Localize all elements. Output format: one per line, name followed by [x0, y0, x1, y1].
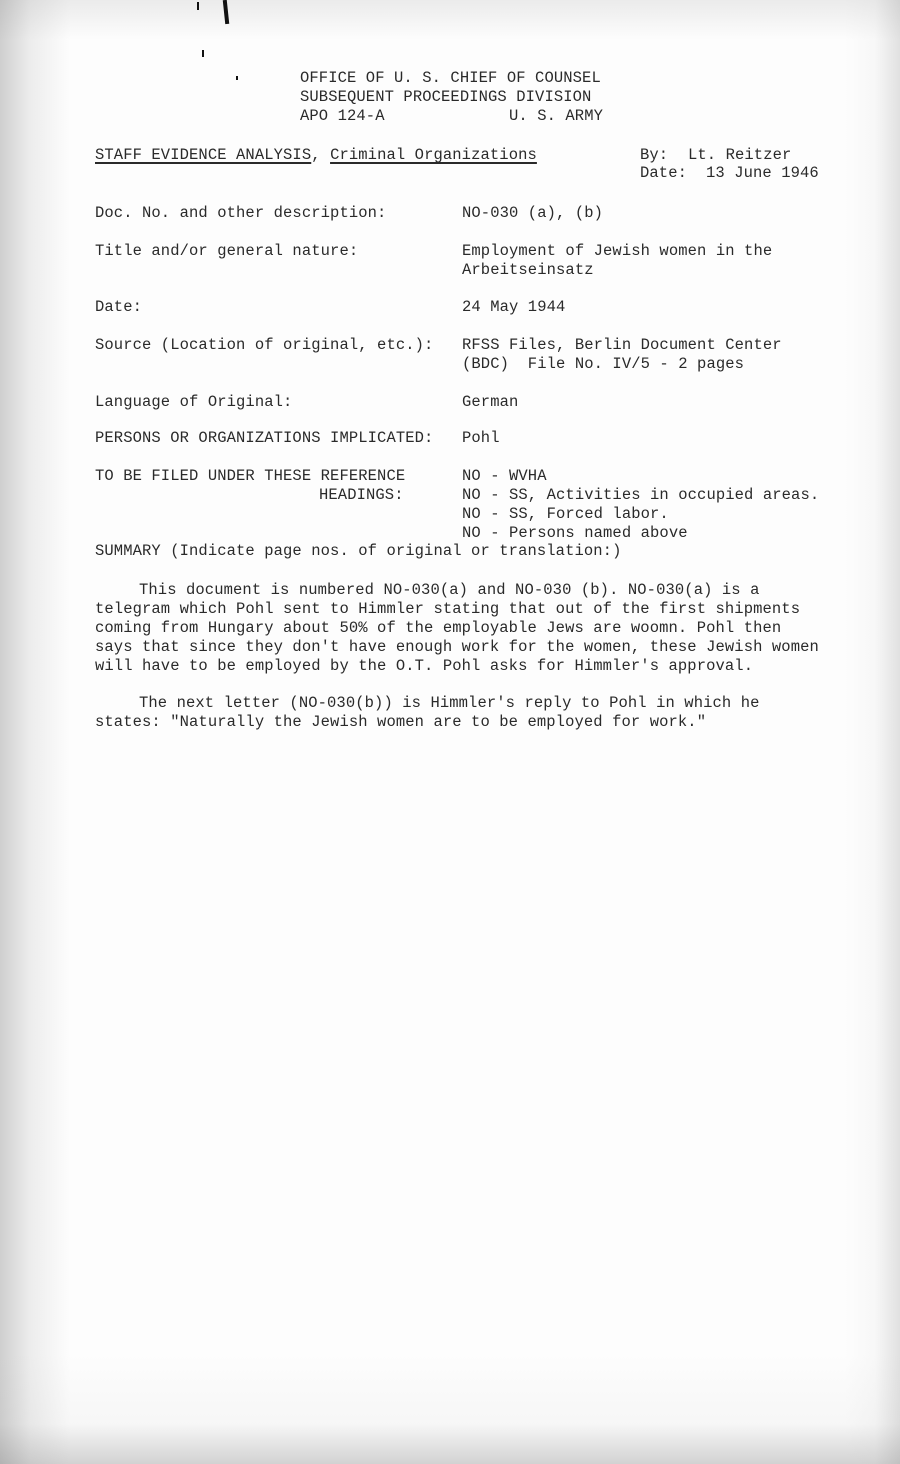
- field-headings-label-line2: HEADINGS:: [319, 486, 404, 505]
- field-language-label: Language of Original:: [95, 393, 292, 412]
- summary-heading: SUMMARY (Indicate page nos. of original …: [95, 542, 621, 561]
- field-source-value-line1: RFSS Files, Berlin Document Center: [462, 336, 782, 355]
- field-heading-item: NO - Persons named above: [462, 524, 688, 543]
- summary-paragraph-1-text: This document is numbered NO-030(a) and …: [95, 581, 819, 675]
- field-language-value: German: [462, 393, 518, 412]
- summary-paragraph-2: The next letter (NO-030(b)) is Himmler's…: [95, 694, 825, 732]
- field-title-label: Title and/or general nature:: [95, 242, 358, 261]
- title-separator: ,: [311, 146, 330, 164]
- title-category: Criminal Organizations: [330, 146, 537, 164]
- letterhead-apo: APO 124-A: [300, 107, 385, 126]
- letterhead-office: OFFICE OF U. S. CHIEF OF COUNSEL: [300, 69, 601, 88]
- date-value: 13 June 1946: [706, 164, 819, 183]
- scan-artifact: [202, 50, 204, 57]
- field-heading-item: NO - SS, Forced labor.: [462, 505, 669, 524]
- summary-paragraph-2-text: The next letter (NO-030(b)) is Himmler's…: [95, 694, 760, 731]
- title-analysis: STAFF EVIDENCE ANALYSIS: [95, 146, 311, 164]
- field-heading-item: NO - WVHA: [462, 467, 547, 486]
- letterhead-army: U. S. ARMY: [509, 107, 603, 126]
- scan-artifact: [223, 0, 229, 24]
- field-source-value-line2: (BDC) File No. IV/5 - 2 pages: [462, 355, 744, 374]
- field-persons-value: Pohl: [462, 429, 500, 448]
- by-label: By:: [640, 146, 668, 165]
- field-doc-no-label: Doc. No. and other description:: [95, 204, 386, 223]
- field-persons-label: PERSONS OR ORGANIZATIONS IMPLICATED:: [95, 429, 433, 448]
- field-title-value-line2: Arbeitseinsatz: [462, 261, 594, 280]
- field-source-label: Source (Location of original, etc.):: [95, 336, 433, 355]
- by-value: Lt. Reitzer: [688, 146, 791, 165]
- document-page: OFFICE OF U. S. CHIEF OF COUNSEL SUBSEQU…: [0, 0, 900, 1464]
- summary-paragraph-1: This document is numbered NO-030(a) and …: [95, 581, 825, 676]
- document-title: STAFF EVIDENCE ANALYSIS, Criminal Organi…: [95, 146, 537, 165]
- field-title-value-line1: Employment of Jewish women in the: [462, 242, 772, 261]
- field-date-value: 24 May 1944: [462, 298, 565, 317]
- scan-artifact: [197, 2, 199, 10]
- letterhead-division: SUBSEQUENT PROCEEDINGS DIVISION: [300, 88, 591, 107]
- field-date-label: Date:: [95, 298, 142, 317]
- date-label: Date:: [640, 164, 687, 183]
- field-doc-no-value: NO-030 (a), (b): [462, 204, 603, 223]
- field-heading-item: NO - SS, Activities in occupied areas.: [462, 486, 819, 505]
- field-headings-label-line1: TO BE FILED UNDER THESE REFERENCE: [95, 467, 405, 486]
- scan-artifact: [236, 76, 238, 80]
